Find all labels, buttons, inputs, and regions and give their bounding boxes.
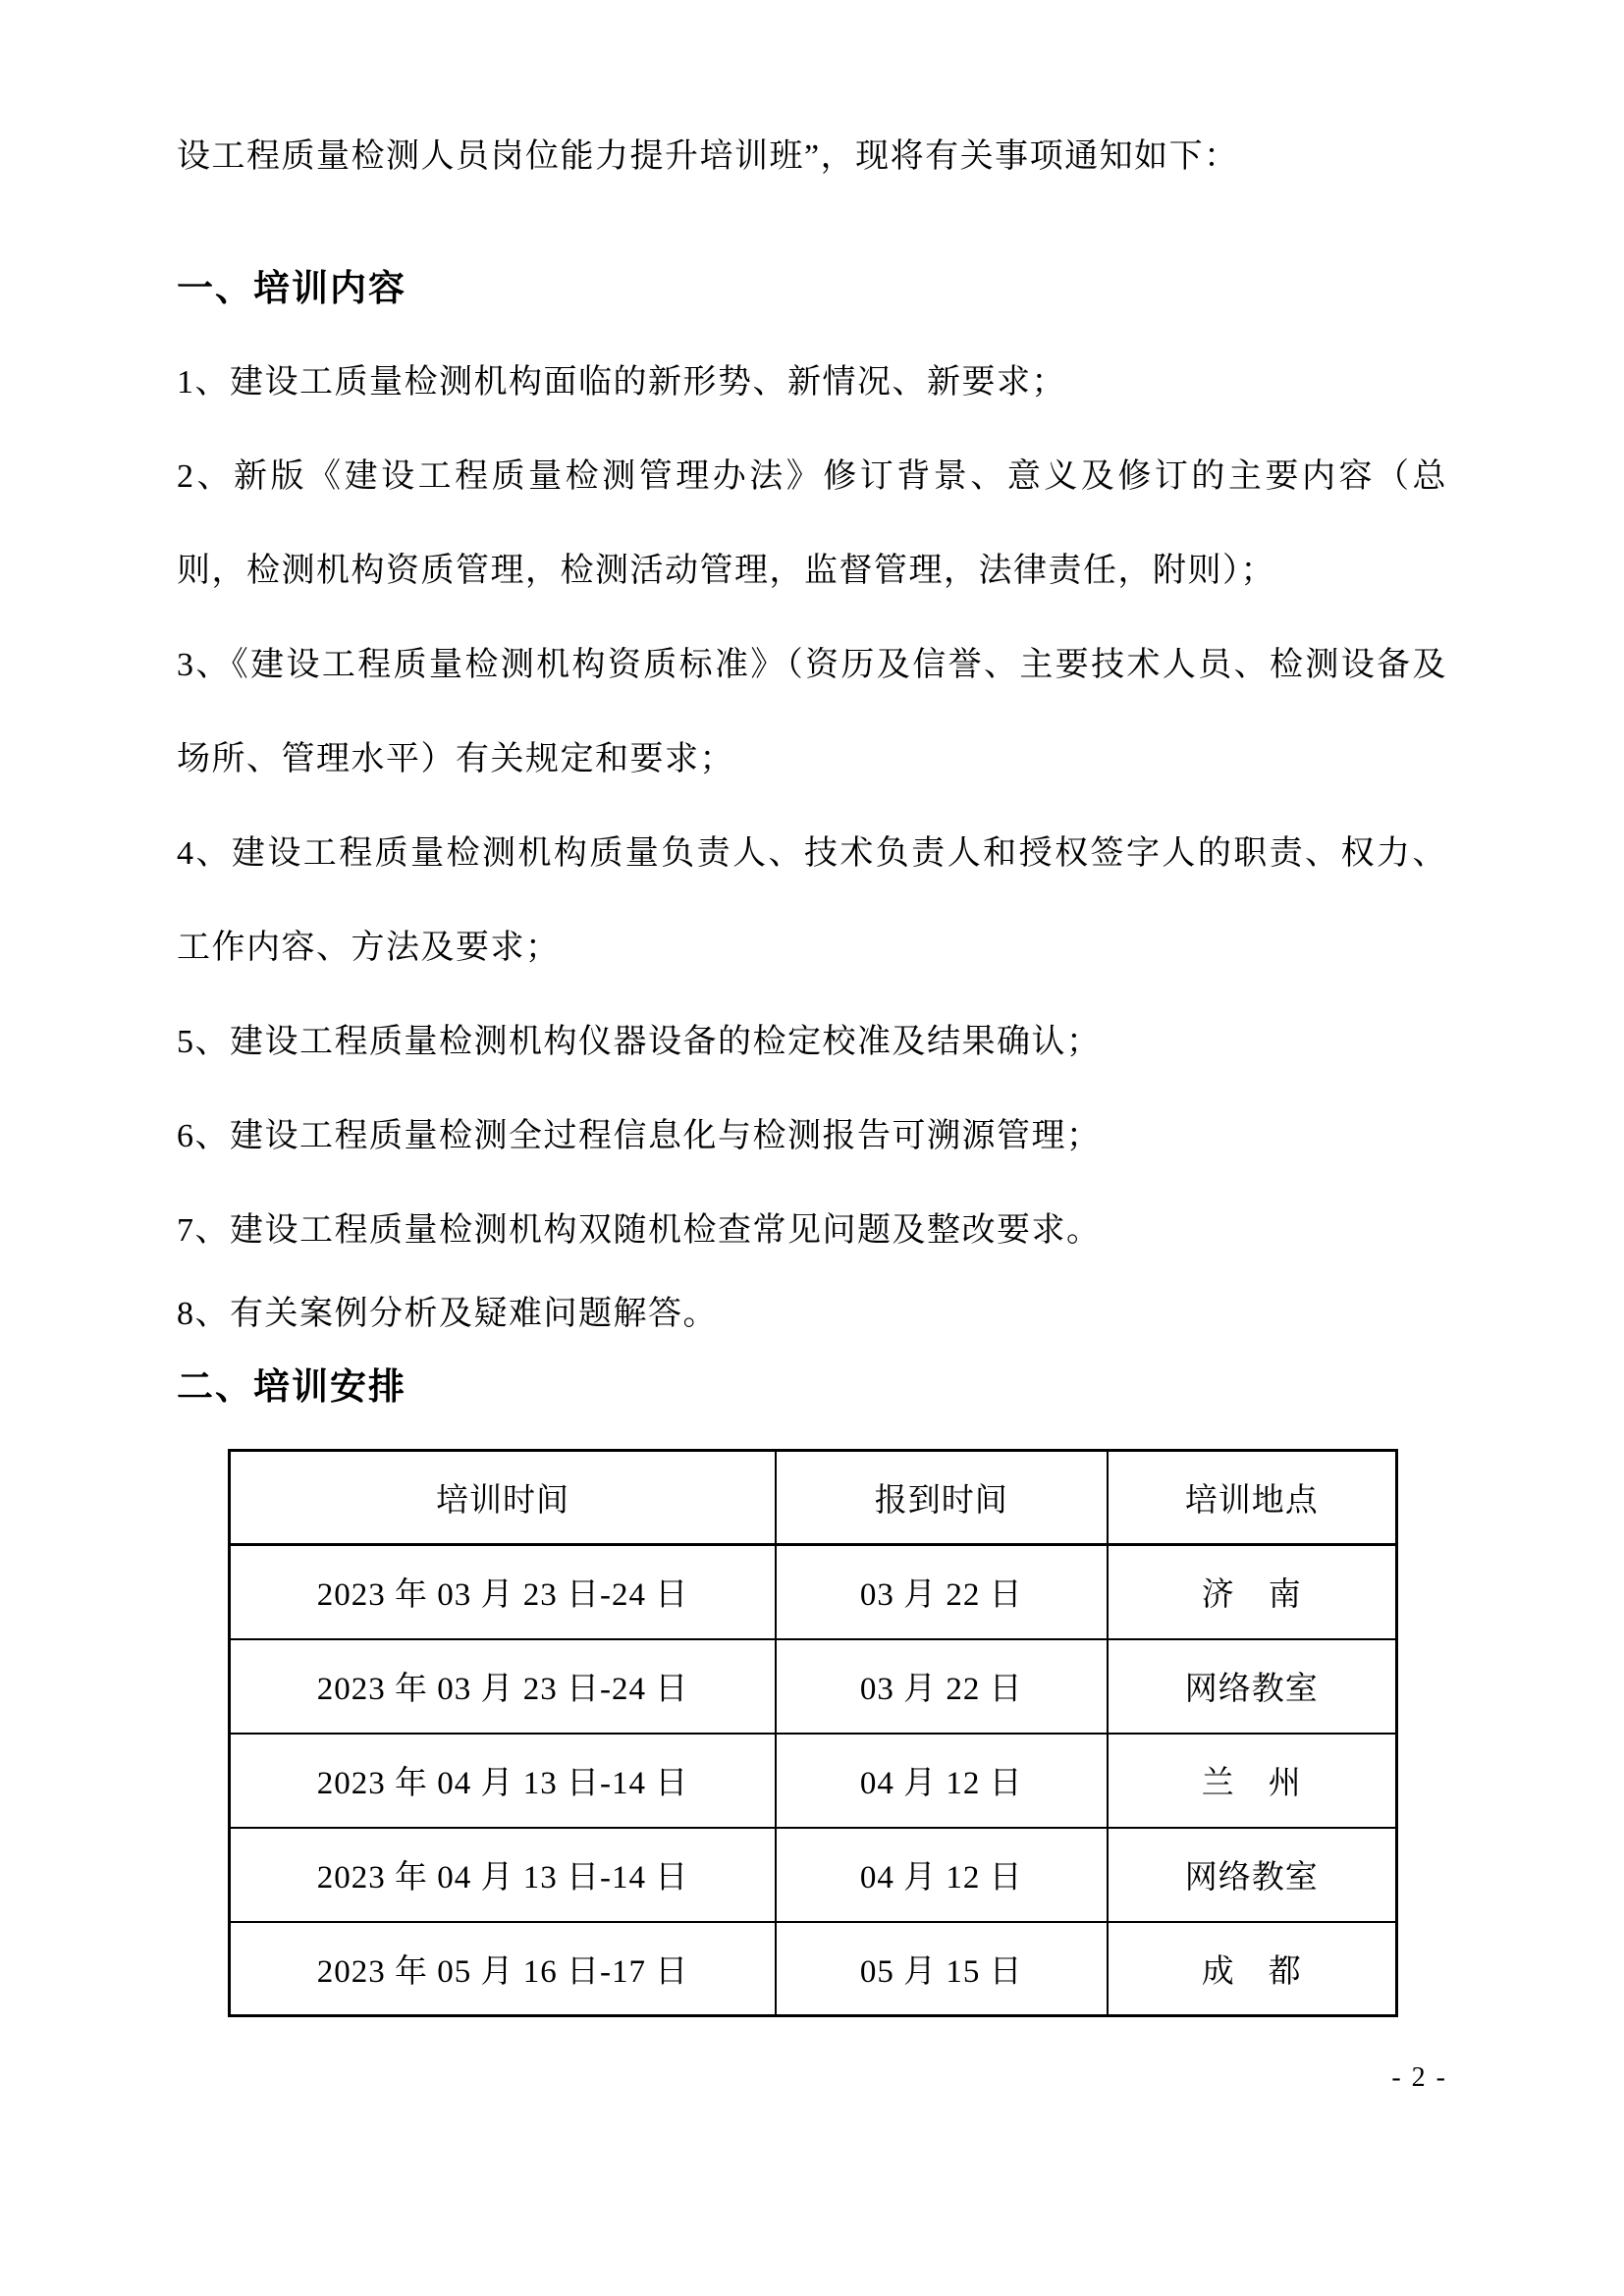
intro-paragraph: 设工程质量检测人员岗位能力提升培训班”，现将有关事项通知如下： [177, 110, 1447, 204]
table-row: 2023 年 03 月 23 日-24 日 03 月 22 日 济 南 [230, 1545, 1397, 1639]
cell-training-time: 2023 年 03 月 23 日-24 日 [230, 1639, 776, 1734]
table-row: 2023 年 03 月 23 日-24 日 03 月 22 日 网络教室 [230, 1639, 1397, 1734]
table-header-row: 培训时间 报到时间 培训地点 [230, 1451, 1397, 1545]
cell-registration-time: 03 月 22 日 [776, 1545, 1108, 1639]
content-item-4: 4、建设工程质量检测机构质量负责人、技术负责人和授权签字人的职责、权力、工作内容… [177, 807, 1447, 995]
cell-registration-time: 04 月 12 日 [776, 1734, 1108, 1828]
header-training-location: 培训地点 [1108, 1451, 1397, 1545]
cell-training-time: 2023 年 04 月 13 日-14 日 [230, 1734, 776, 1828]
header-training-time: 培训时间 [230, 1451, 776, 1545]
content-item-6: 6、建设工程质量检测全过程信息化与检测报告可溯源管理； [177, 1090, 1447, 1184]
cell-registration-time: 03 月 22 日 [776, 1639, 1108, 1734]
section1-heading: 一、培训内容 [177, 241, 1447, 336]
cell-training-location: 网络教室 [1108, 1639, 1397, 1734]
cell-training-location: 兰 州 [1108, 1734, 1397, 1828]
content-item-7: 7、建设工程质量检测机构双随机检查常见问题及整改要求。 [177, 1184, 1447, 1278]
table-row: 2023 年 05 月 16 日-17 日 05 月 15 日 成 都 [230, 1922, 1397, 2016]
cell-registration-time: 05 月 15 日 [776, 1922, 1108, 2016]
content-item-1: 1、建设工质量检测机构面临的新形势、新情况、新要求； [177, 336, 1447, 430]
header-registration-time: 报到时间 [776, 1451, 1108, 1545]
content-item-3: 3、《建设工程质量检测机构资质标准》（资历及信誉、主要技术人员、检测设备及场所、… [177, 618, 1447, 807]
cell-training-location: 成 都 [1108, 1922, 1397, 2016]
cell-registration-time: 04 月 12 日 [776, 1828, 1108, 1922]
section2-heading: 二、培训安排 [177, 1351, 1447, 1423]
content-item-2: 2、新版《建设工程质量检测管理办法》修订背景、意义及修订的主要内容（总则，检测机… [177, 430, 1447, 618]
cell-training-location: 济 南 [1108, 1545, 1397, 1639]
content-item-8: 8、有关案例分析及疑难问题解答。 [177, 1278, 1447, 1351]
page-number: - 2 - [177, 2062, 1447, 2094]
table-row: 2023 年 04 月 13 日-14 日 04 月 12 日 网络教室 [230, 1828, 1397, 1922]
cell-training-time: 2023 年 03 月 23 日-24 日 [230, 1545, 776, 1639]
cell-training-location: 网络教室 [1108, 1828, 1397, 1922]
document-page: 设工程质量检测人员岗位能力提升培训班”，现将有关事项通知如下： 一、培训内容 1… [0, 0, 1624, 2296]
cell-training-time: 2023 年 04 月 13 日-14 日 [230, 1828, 776, 1922]
table-row: 2023 年 04 月 13 日-14 日 04 月 12 日 兰 州 [230, 1734, 1397, 1828]
cell-training-time: 2023 年 05 月 16 日-17 日 [230, 1922, 776, 2016]
content-item-5: 5、建设工程质量检测机构仪器设备的检定校准及结果确认； [177, 995, 1447, 1090]
training-schedule-table: 培训时间 报到时间 培训地点 2023 年 03 月 23 日-24 日 03 … [228, 1449, 1398, 2017]
